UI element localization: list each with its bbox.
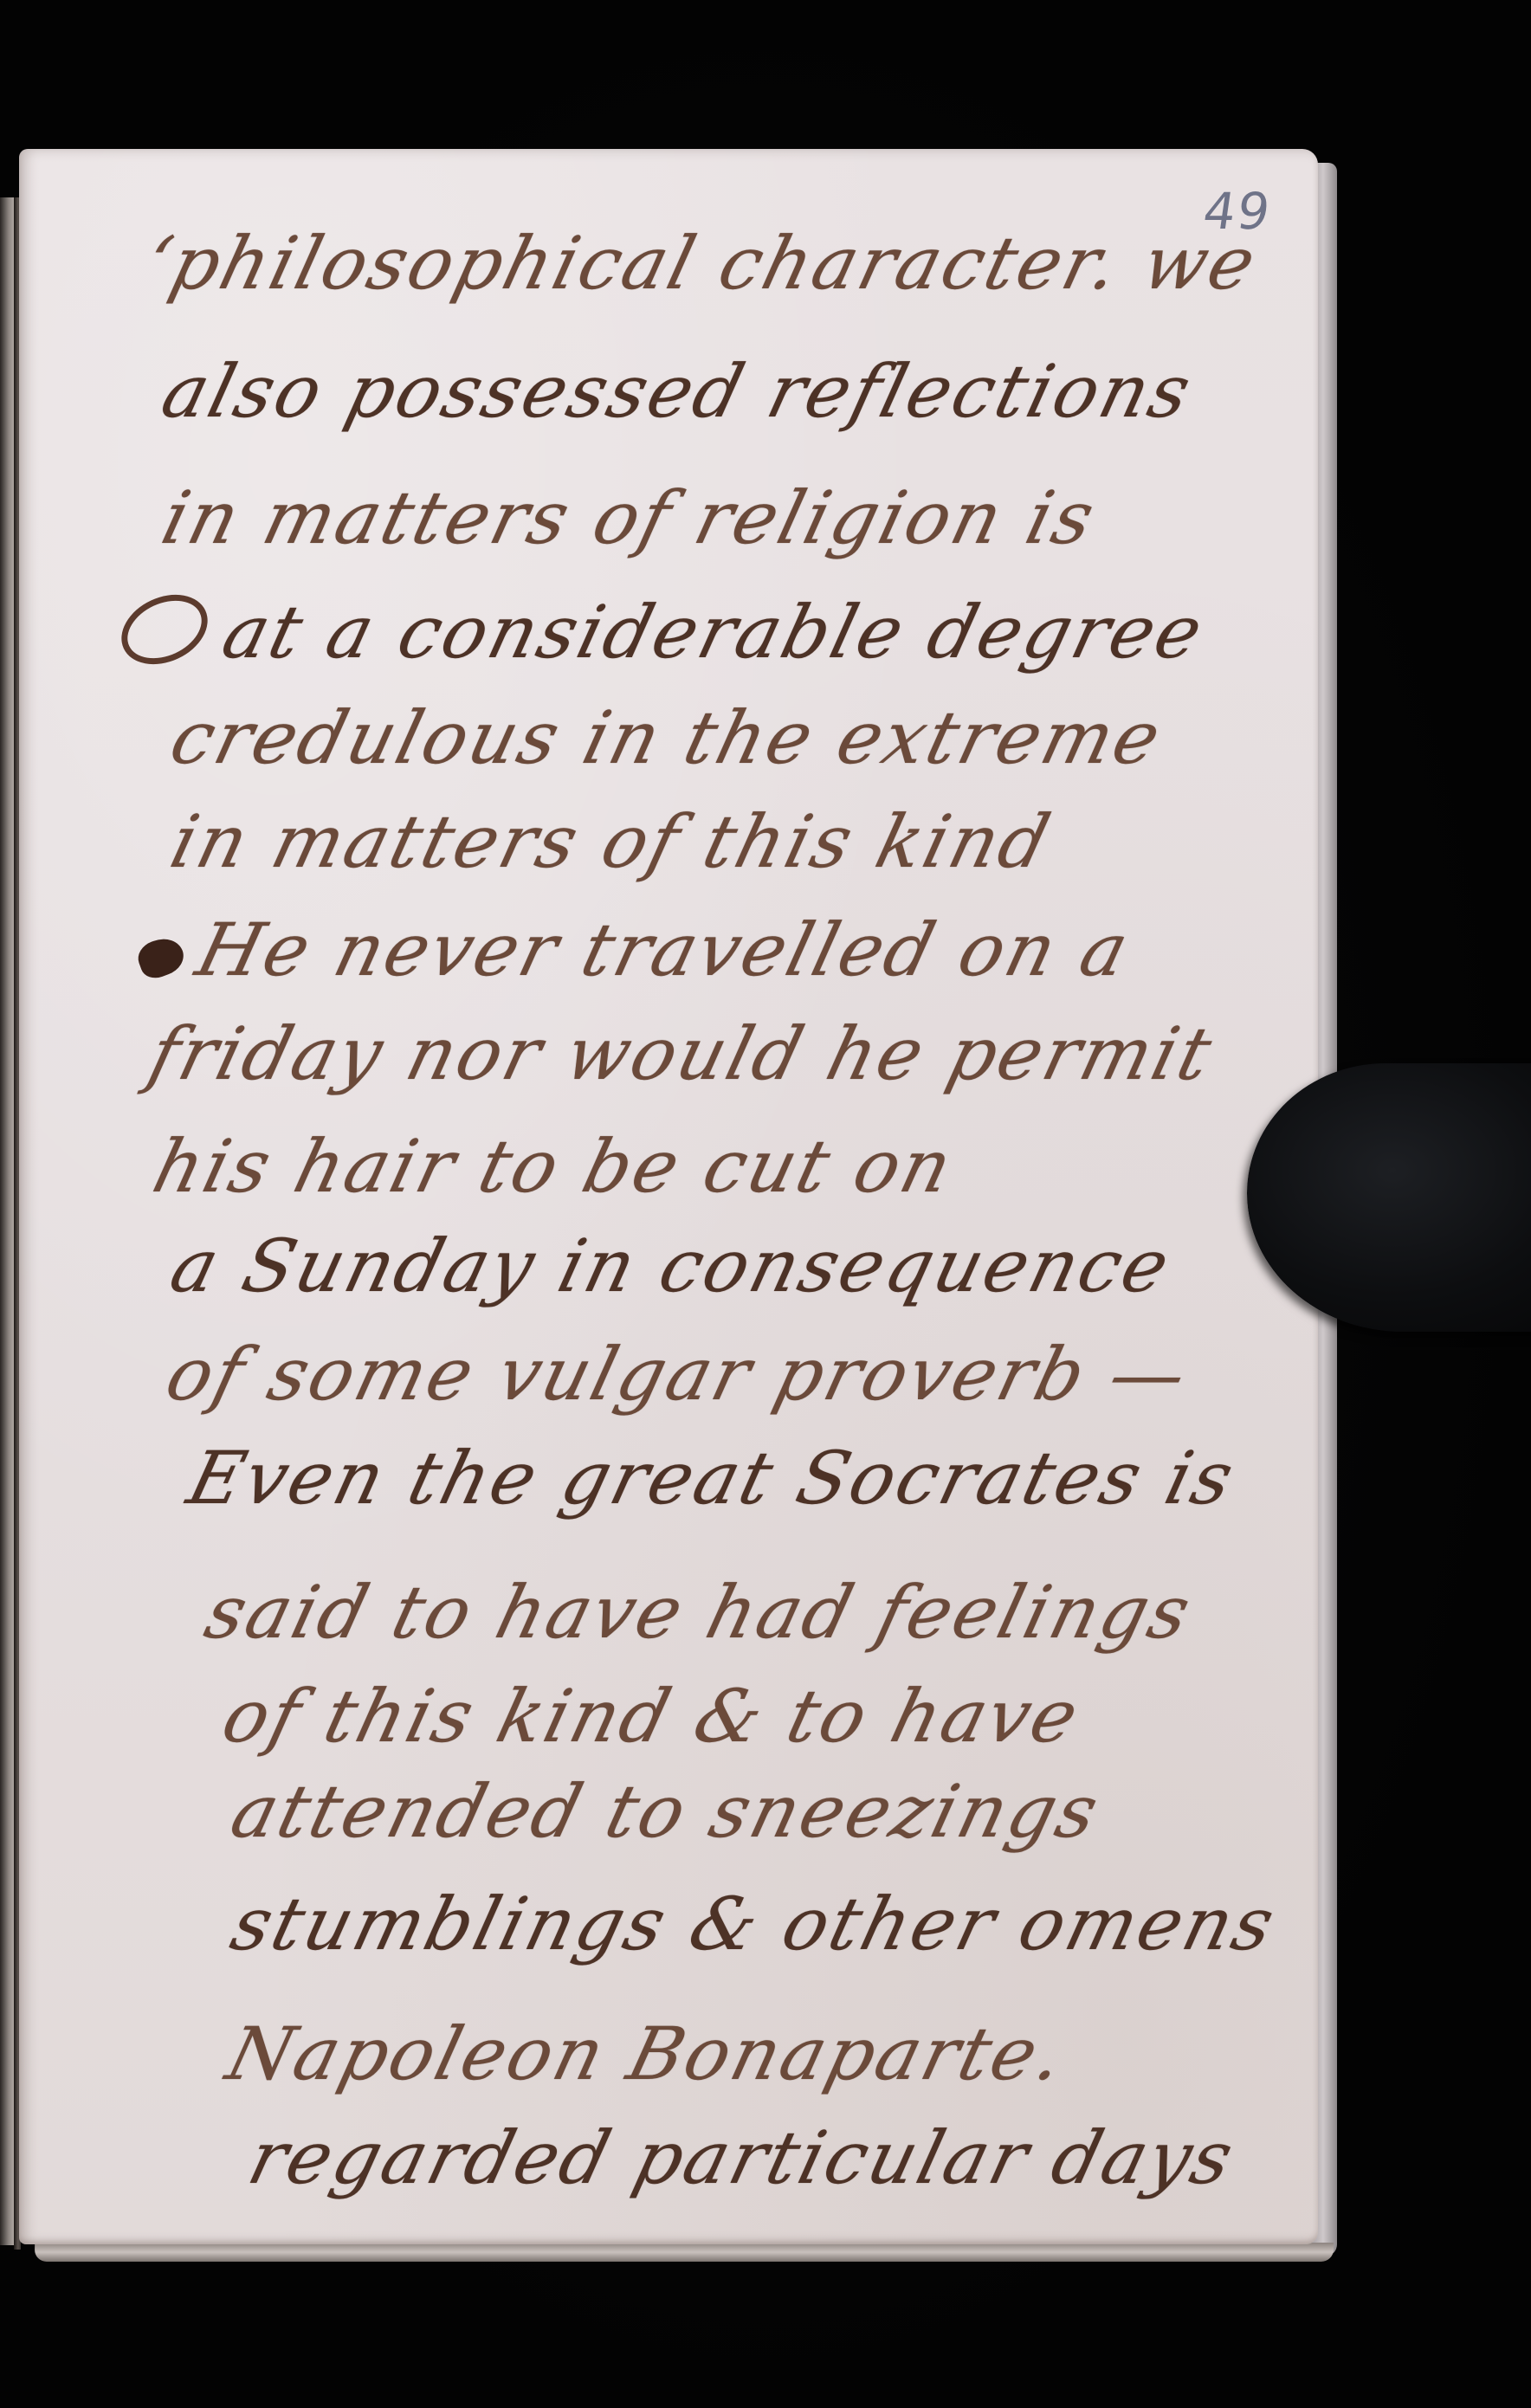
text-line-5: credulous in the extreme [165,701,1170,774]
text-line-9: his hair to be cut on [147,1130,961,1203]
text-line-11: of some vulgar proverb — [160,1338,1196,1411]
text-line-2: also possessed reflections [156,355,1200,428]
text-line-4: at a considerable degree [216,596,1212,668]
text-line-12: Even the great Socrates is [182,1442,1243,1514]
text-line-13: said to have had feelings [199,1576,1199,1649]
text-line-18: regarded particular days [242,2121,1243,2194]
ink-flourish-mark [110,581,219,677]
text-line-8: friday nor would he permit [143,1017,1221,1090]
text-line-10: a Sunday in consequence [165,1230,1179,1302]
text-line-3: in matters of religion is [156,481,1103,554]
text-line-6: in matters of this kind [165,805,1059,878]
text-line-15: attended to sneezings [225,1775,1108,1848]
text-line-14: of this kind & to have [216,1680,1088,1753]
text-line-7: He never travelled on a [191,913,1138,986]
text-line-17: Napoleon Bonaparte. [221,2017,1073,2090]
text-line-16: stumblings & other omens [225,1888,1283,1960]
text-line-1: ‘philosophical character. we [139,227,1265,300]
ink-blot-mark [133,933,188,982]
